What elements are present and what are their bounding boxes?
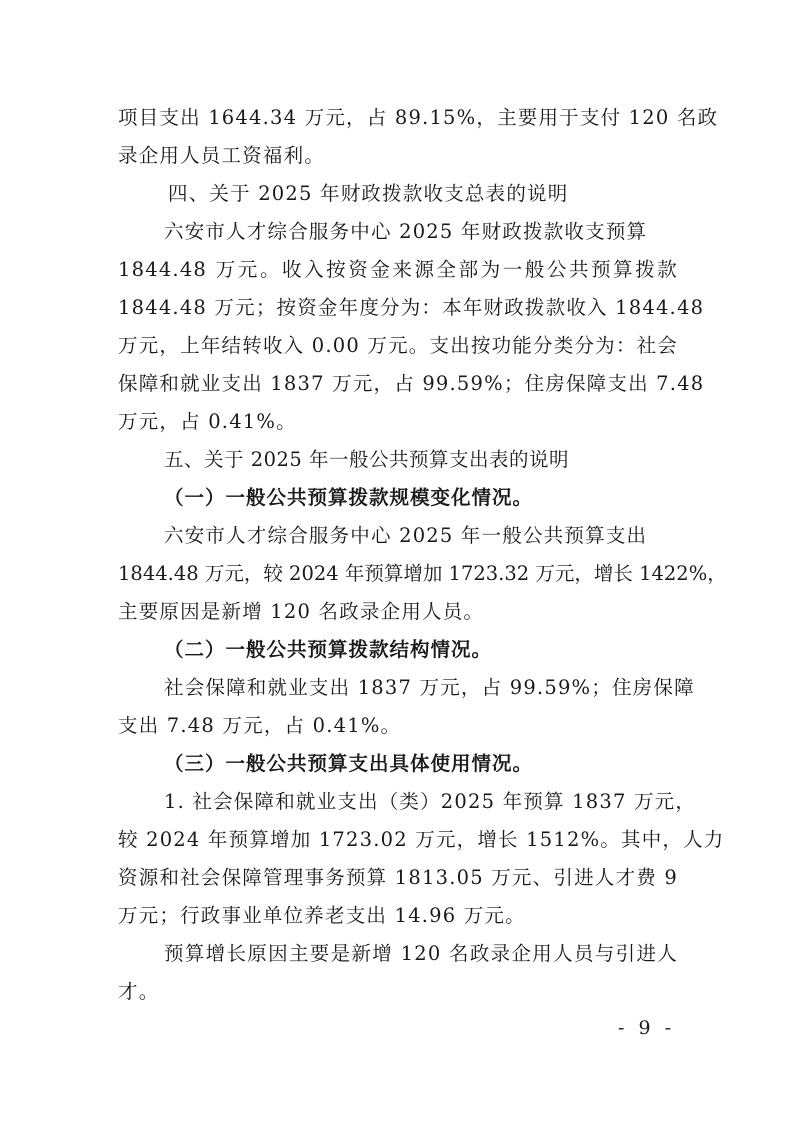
paragraph-line: 才。 — [118, 979, 678, 1005]
paragraph-line: 1844.48 万元，较 2024 年预算增加 1723.32 万元，增长 14… — [118, 561, 678, 587]
paragraph-line: 录企用人员工资福利。 — [118, 143, 678, 169]
subsection-heading: （一）一般公共预算拨款规模变化情况。 — [164, 485, 724, 511]
paragraph-line: 支出 7.48 万元，占 0.41%。 — [118, 713, 678, 739]
paragraph-line: 项目支出 1644.34 万元，占 89.15%，主要用于支付 120 名政 — [118, 105, 678, 131]
paragraph-line: 预算增长原因主要是新增 120 名政录企用人员与引进人 — [164, 941, 678, 967]
page-number: - 9 - — [618, 1017, 675, 1039]
paragraph-line: 资源和社会保障管理事务预算 1813.05 万元、引进人才费 9 — [118, 865, 678, 891]
section-heading: 五、关于 2025 年一般公共预算支出表的说明 — [164, 447, 724, 473]
paragraph-line: 社会保障和就业支出 1837 万元，占 99.59%；住房保障 — [164, 675, 678, 701]
paragraph-line: 六安市人才综合服务中心 2025 年一般公共预算支出 — [164, 523, 724, 549]
paragraph-line: 1844.48 万元；按资金年度分为：本年财政拨款收入 1844.48 — [118, 295, 678, 321]
paragraph-line: 较 2024 年预算增加 1723.02 万元，增长 1512%。其中，人力 — [118, 827, 678, 853]
paragraph-line: 万元，占 0.41%。 — [118, 409, 678, 435]
paragraph-line: 1844.48 万元。收入按资金来源全部为一般公共预算拨款 — [118, 257, 678, 283]
subsection-heading: （三）一般公共预算支出具体使用情况。 — [164, 751, 724, 777]
paragraph-line: 万元，上年结转收入 0.00 万元。支出按功能分类分为：社会 — [118, 333, 678, 359]
paragraph-line: 保障和就业支出 1837 万元，占 99.59%；住房保障支出 7.48 — [118, 371, 678, 397]
paragraph-line: 1. 社会保障和就业支出（类）2025 年预算 1837 万元， — [164, 789, 678, 815]
section-heading: 四、关于 2025 年财政拨款收支总表的说明 — [168, 181, 728, 207]
subsection-heading: （二）一般公共预算拨款结构情况。 — [164, 637, 724, 663]
document-page: 项目支出 1644.34 万元，占 89.15%，主要用于支付 120 名政 录… — [0, 0, 793, 1122]
paragraph-line: 万元；行政事业单位养老支出 14.96 万元。 — [118, 903, 678, 929]
paragraph-line: 主要原因是新增 120 名政录企用人员。 — [118, 599, 678, 625]
paragraph-line: 六安市人才综合服务中心 2025 年财政拨款收支预算 — [164, 219, 678, 245]
